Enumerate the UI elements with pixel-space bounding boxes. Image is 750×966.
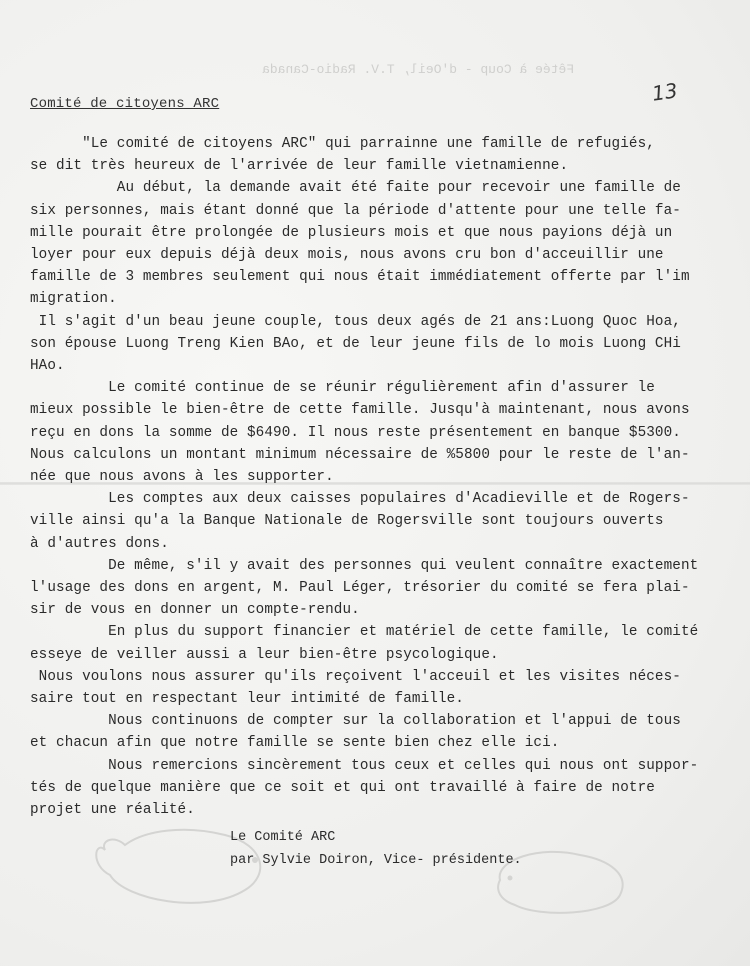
body-line: sir de vous en donner un compte-rendu. <box>30 599 720 621</box>
body-line: Le comité continue de se réunir régulièr… <box>30 377 720 399</box>
page-number: 13 <box>650 78 679 105</box>
signature-block: Le Comité ARC par Sylvie Doiron, Vice- p… <box>230 826 522 872</box>
body-line: Nous remercions sincèrement tous ceux et… <box>30 755 720 777</box>
body-line: HAo. <box>30 355 720 377</box>
body-line: saire tout en respectant leur intimité d… <box>30 688 720 710</box>
body-line: Nous voulons nous assurer qu'ils reçoive… <box>30 666 720 688</box>
body-line: à d'autres dons. <box>30 533 720 555</box>
signature-committee: Le Comité ARC <box>230 826 522 849</box>
body-line: reçu en dons la somme de $6490. Il nous … <box>30 422 720 444</box>
body-line: Au début, la demande avait été faite pou… <box>30 177 720 199</box>
body-line: Nous continuons de compter sur la collab… <box>30 710 720 732</box>
body-line: ville ainsi qu'a la Banque Nationale de … <box>30 510 720 532</box>
body-line: Nous calculons un montant minimum nécess… <box>30 444 720 466</box>
body-line: De même, s'il y avait des personnes qui … <box>30 555 720 577</box>
body-line: esseye de veiller aussi a leur bien-être… <box>30 644 720 666</box>
body-line: née que nous avons à les supporter. <box>30 466 720 488</box>
body-line: et chacun afin que notre famille se sent… <box>30 732 720 754</box>
body-line: l'usage des dons en argent, M. Paul Lége… <box>30 577 720 599</box>
body-line: mille pourait être prolongée de plusieur… <box>30 222 720 244</box>
body-line: migration. <box>30 288 720 310</box>
body-line: "Le comité de citoyens ARC" qui parrainn… <box>30 133 720 155</box>
article-body: "Le comité de citoyens ARC" qui parrainn… <box>30 133 720 821</box>
body-line: En plus du support financier et matériel… <box>30 621 720 643</box>
body-line: Les comptes aux deux caisses populaires … <box>30 488 720 510</box>
signature-name: par Sylvie Doiron, Vice- présidente. <box>230 849 522 872</box>
body-line: son épouse Luong Treng Kien BAo, et de l… <box>30 333 720 355</box>
body-line: Il s'agit d'un beau jeune couple, tous d… <box>30 311 720 333</box>
body-line: loyer pour eux depuis déjà deux mois, no… <box>30 244 720 266</box>
bleed-through-text: Fêtée à Coup - d'Oeil, T.V. Radio-Canada <box>262 62 574 77</box>
body-line: se dit très heureux de l'arrivée de leur… <box>30 155 720 177</box>
body-line: tés de quelque manière que ce soit et qu… <box>30 777 720 799</box>
body-line: mieux possible le bien-être de cette fam… <box>30 399 720 421</box>
body-line: projet une réalité. <box>30 799 720 821</box>
article-heading: Comité de citoyens ARC <box>30 96 219 112</box>
body-line: famille de 3 membres seulement qui nous … <box>30 266 720 288</box>
body-line: six personnes, mais étant donné que la p… <box>30 200 720 222</box>
